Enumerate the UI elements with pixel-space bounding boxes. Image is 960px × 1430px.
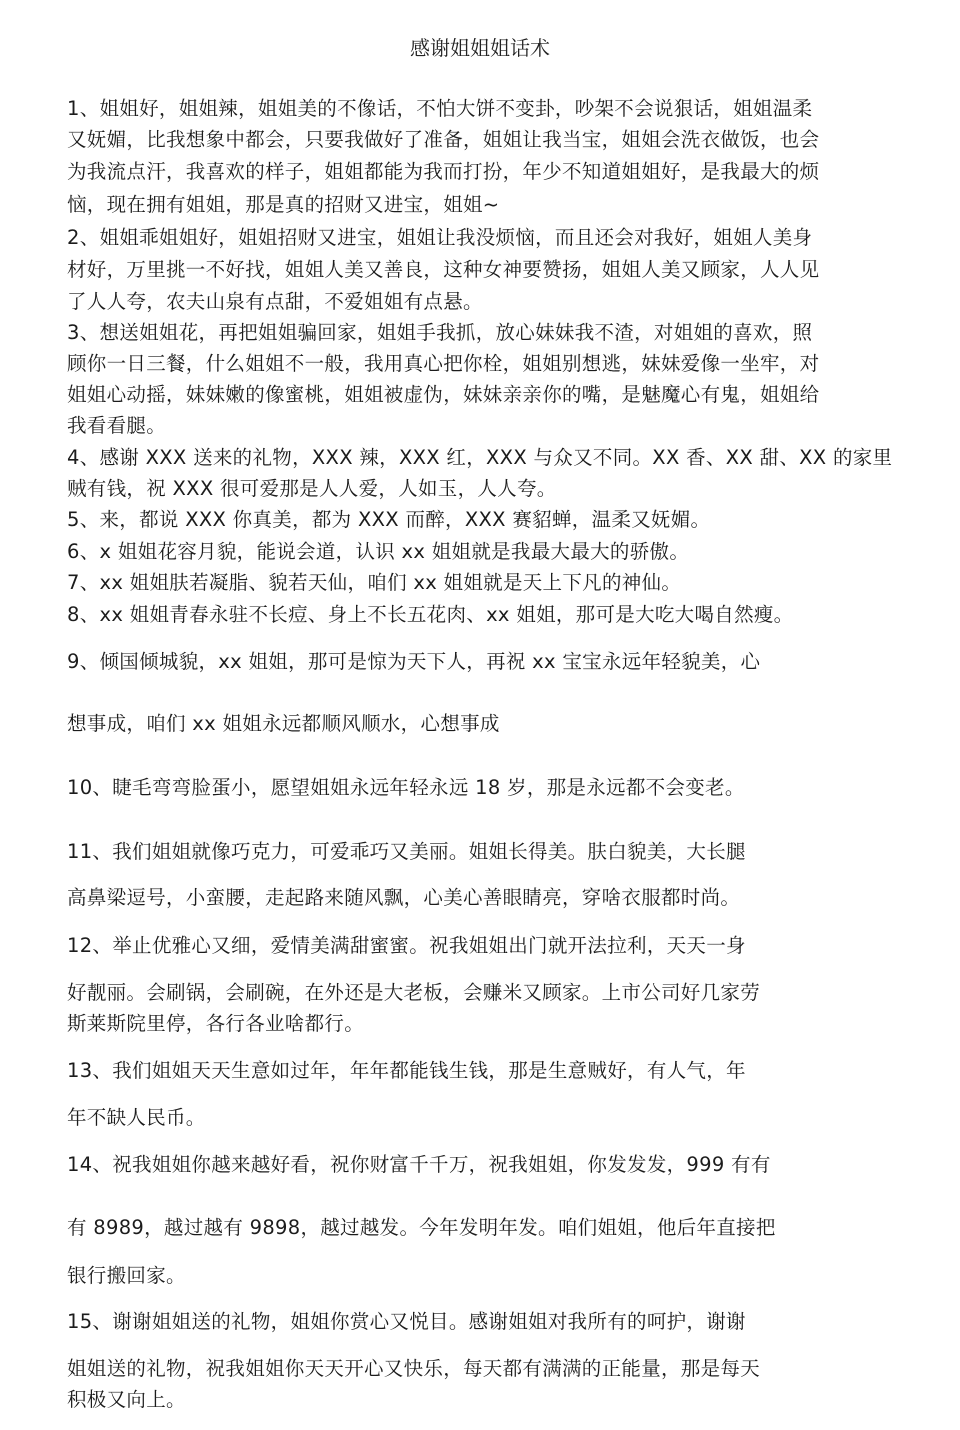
text-line: 了人人夸，农夫山泉有点甜，不爱姐姐有点悬。 bbox=[67, 287, 907, 317]
text-line: 6、x 姐姐花容月貌，能说会道，认识 xx 姐姐就是我最大最大的骄傲。 bbox=[67, 537, 907, 567]
text-line: 想事成，咱们 xx 姐姐永远都顺风顺水，心想事成 bbox=[67, 709, 907, 739]
text-line: 8、xx 姐姐青春永驻不长痘、身上不长五花肉、xx 姐姐，那可是大吃大喝自然瘦。 bbox=[67, 600, 907, 630]
text-line: 贼有钱，祝 XXX 很可爱那是人人爱，人如玉，人人夸。 bbox=[67, 474, 907, 504]
text-line: 有 8989，越过越有 9898，越过越发。今年发明年发。咱们姐姐，他后年直接把 bbox=[67, 1213, 907, 1243]
text-line: 为我流点汗，我喜欢的样子，姐姐都能为我而打扮，年少不知道姐姐好，是我最大的烦 bbox=[67, 157, 907, 187]
text-line: 积极又向上。 bbox=[67, 1385, 907, 1415]
text-line: 2、姐姐乖姐姐好，姐姐招财又进宝，姐姐让我没烦恼，而且还会对我好，姐姐人美身 bbox=[67, 223, 907, 253]
text-line: 银行搬回家。 bbox=[67, 1261, 907, 1291]
text-line: 又妩媚，比我想象中都会，只要我做好了准备，姐姐让我当宝，姐姐会洗衣做饭，也会 bbox=[67, 125, 907, 155]
text-line: 好靓丽。会刷锅，会刷碗，在外还是大老板，会赚米又顾家。上市公司好几家劳 bbox=[67, 978, 907, 1008]
text-line: 高鼻梁逗号，小蛮腰，走起路来随风飘，心美心善眼睛亮，穿啥衣服都时尚。 bbox=[67, 883, 907, 913]
text-line: 年不缺人民币。 bbox=[67, 1103, 907, 1133]
text-line: 斯莱斯院里停，各行各业啥都行。 bbox=[67, 1009, 907, 1039]
text-line: 11、我们姐姐就像巧克力，可爱乖巧又美丽。姐姐长得美。肤白貌美，大长腿 bbox=[67, 837, 907, 867]
text-line: 我看看腿。 bbox=[67, 411, 907, 441]
text-line: 姐姐送的礼物，祝我姐姐你天天开心又快乐，每天都有满满的正能量，那是每天 bbox=[67, 1354, 907, 1384]
text-line: 5、来，都说 XXX 你真美，都为 XXX 而醉，XXX 赛貂蝉，温柔又妩媚。 bbox=[67, 505, 907, 535]
document-title: 感谢姐姐姐话术 bbox=[0, 33, 960, 63]
text-line: 1、姐姐好，姐姐辣，姐姐美的不像话，不怕大饼不变卦，吵架不会说狠话，姐姐温柔 bbox=[67, 94, 907, 124]
text-line: 顾你一日三餐，什么姐姐不一般，我用真心把你栓，姐姐别想逃，妹妹爱像一坐牢，对 bbox=[67, 349, 907, 379]
text-line: 姐姐心动摇，妹妹嫩的像蜜桃，姐姐被虚伪，妹妹亲亲你的嘴，是魅魔心有鬼，姐姐给 bbox=[67, 380, 907, 410]
text-line: 13、我们姐姐天天生意如过年，年年都能钱生钱，那是生意贼好，有人气，年 bbox=[67, 1056, 907, 1086]
text-line: 恼，现在拥有姐姐，那是真的招财又进宝，姐姐~ bbox=[67, 190, 907, 220]
text-line: 3、想送姐姐花，再把姐姐骗回家，姐姐手我抓，放心妹妹我不渣，对姐姐的喜欢，照 bbox=[67, 318, 907, 348]
text-line: 10、睫毛弯弯脸蛋小，愿望姐姐永远年轻永远 18 岁，那是永远都不会变老。 bbox=[67, 773, 907, 803]
text-line: 4、感谢 XXX 送来的礼物，XXX 辣，XXX 红，XXX 与众又不同。XX … bbox=[67, 443, 907, 473]
text-line: 15、谢谢姐姐送的礼物，姐姐你赏心又悦目。感谢姐姐对我所有的呵护，谢谢 bbox=[67, 1307, 907, 1337]
text-line: 7、xx 姐姐肤若凝脂、貌若天仙，咱们 xx 姐姐就是天上下凡的神仙。 bbox=[67, 568, 907, 598]
text-line: 12、举止优雅心又细，爱情美满甜蜜蜜。祝我姐姐出门就开法拉利，天天一身 bbox=[67, 931, 907, 961]
text-line: 材好，万里挑一不好找，姐姐人美又善良，这种女神要赞扬，姐姐人美又顾家，人人见 bbox=[67, 255, 907, 285]
text-line: 14、祝我姐姐你越来越好看，祝你财富千千万，祝我姐姐，你发发发，999 有有 bbox=[67, 1150, 907, 1180]
text-line: 9、倾国倾城貌，xx 姐姐，那可是惊为天下人，再祝 xx 宝宝永远年轻貌美，心 bbox=[67, 647, 907, 677]
